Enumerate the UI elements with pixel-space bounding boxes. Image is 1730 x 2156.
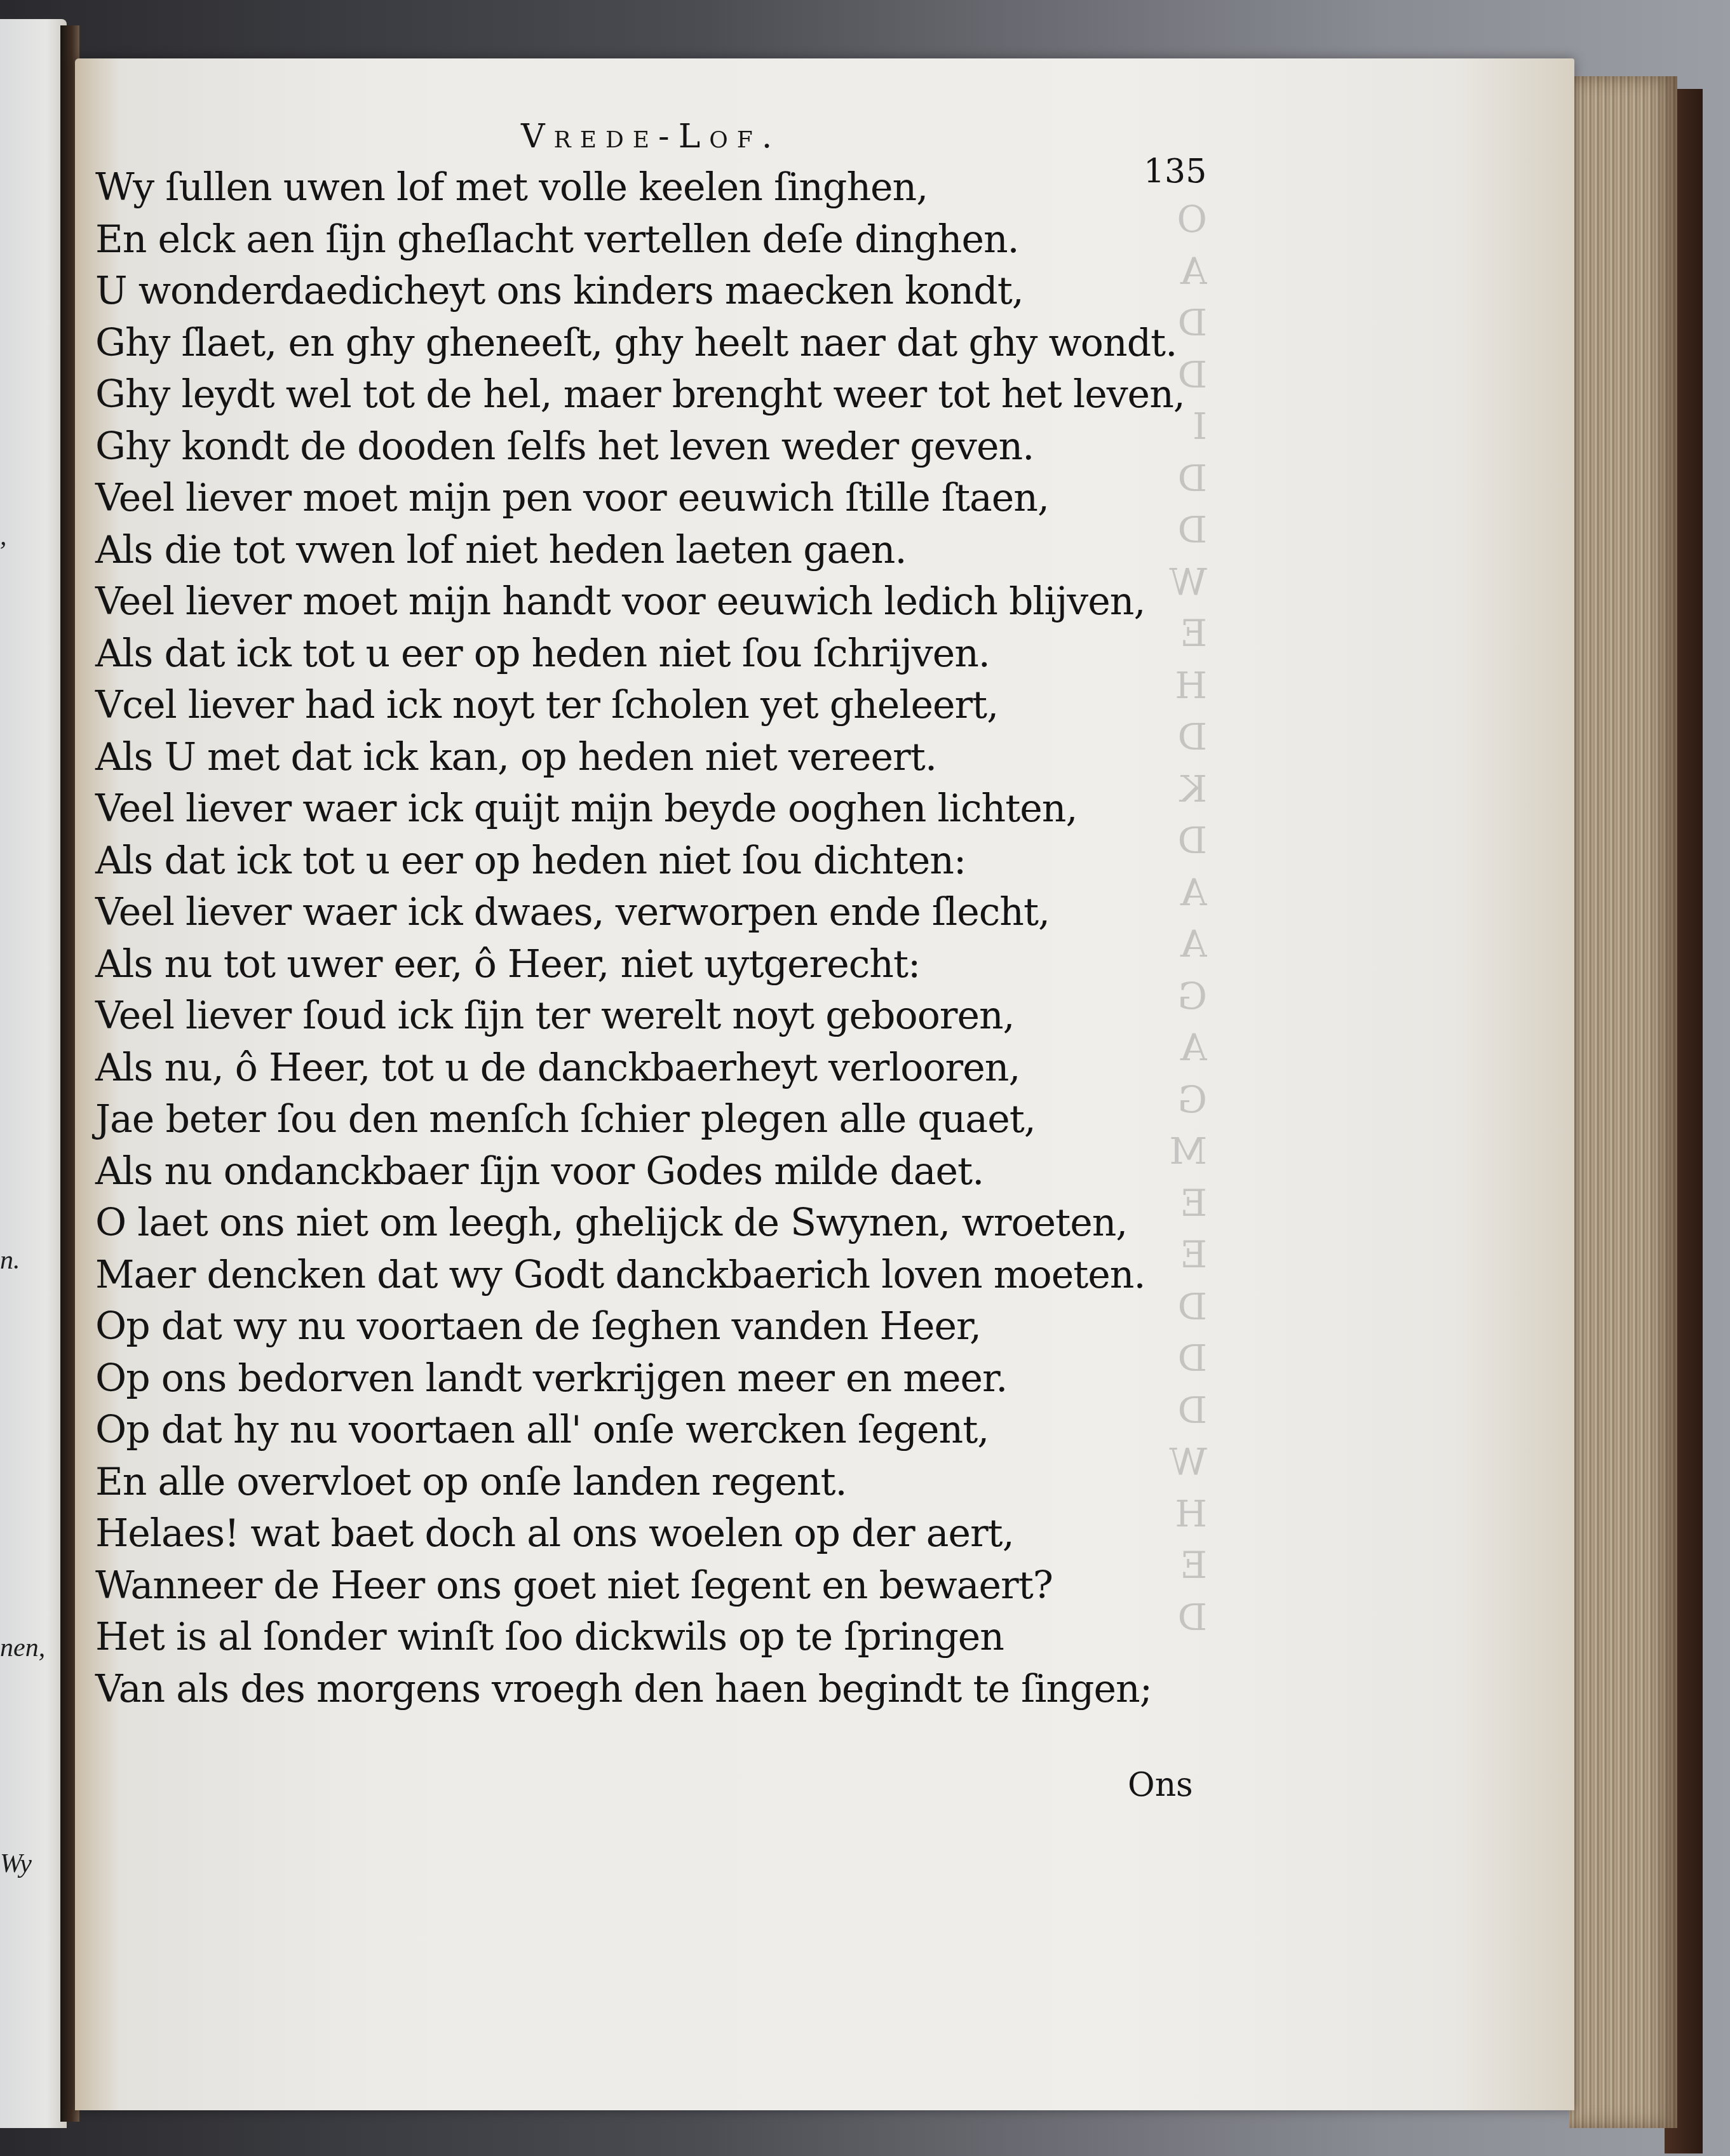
verse-line: Veel liever waer ick quijt mijn beyde oo… <box>95 783 1302 835</box>
verse-line: Als dat ick tot u eer op heden niet ſou … <box>95 835 1302 887</box>
verse-line: Veel liever ſoud ick ſijn ter werelt noy… <box>95 990 1302 1042</box>
verse-line: Wy ſullen uwen lof met volle keelen ſing… <box>95 162 1302 214</box>
left-page-fragment: nen, <box>0 1633 45 1663</box>
verse-line: Op dat wy nu voortaen de ſeghen vanden H… <box>95 1301 1302 1353</box>
verse-line: Als nu tot uwer eer, ô Heer, niet uytger… <box>95 939 1302 991</box>
verse-line: Veel liever moet mijn pen voor eeuwich ſ… <box>95 473 1302 525</box>
verse-line: Wanneer de Heer ons goet niet ſegent en … <box>95 1560 1302 1612</box>
verse-line: Ghy kondt de dooden ſelfs het leven wede… <box>95 421 1302 473</box>
verse-line: Helaes! wat baet doch al ons woelen op d… <box>95 1508 1302 1560</box>
verse-line: O laet ons niet om leegh, ghelijck de Sw… <box>95 1197 1302 1250</box>
verse-line: Veel liever moet mijn handt voor eeuwich… <box>95 576 1302 628</box>
verse-line: Vcel liever had ick noyt ter ſcholen yet… <box>95 680 1302 732</box>
left-page-fragment: , <box>0 521 7 551</box>
page-block-edge <box>1569 76 1677 2128</box>
verse-line: Als nu ondanckbaer ſijn voor Godes milde… <box>95 1146 1302 1198</box>
verse-line: En alle overvloet op onſe landen regent. <box>95 1457 1302 1509</box>
left-page-fragment: Wy <box>0 1849 32 1879</box>
verse-line: Op dat hy nu voortaen all' onſe wercken … <box>95 1405 1302 1457</box>
verse-text: Wy ſullen uwen lof met volle keelen ſing… <box>95 162 1302 1715</box>
verse-line: Als dat ick tot u eer op heden niet ſou … <box>95 628 1302 680</box>
verse-line: Veel liever waer ick dwaes, verworpen en… <box>95 887 1302 939</box>
running-head: Vrede-Lof. <box>521 118 781 156</box>
verse-line: Van als des morgens vroegh den haen begi… <box>95 1664 1302 1716</box>
left-page-fragment: n. <box>0 1245 20 1276</box>
verse-line: Ghy ſlaet, en ghy gheneeſt, ghy heelt na… <box>95 318 1302 370</box>
catchword: Ons <box>1128 1766 1193 1804</box>
verse-line: Als die tot vwen lof niet heden laeten g… <box>95 525 1302 577</box>
verse-line: Als nu, ô Heer, tot u de danckbaerheyt v… <box>95 1042 1302 1095</box>
verse-line: Als U met dat ick kan, op heden niet ver… <box>95 732 1302 784</box>
verse-line: Ghy leydt wel tot de hel, maer brenght w… <box>95 369 1302 421</box>
verse-line: Op ons bedorven landt verkrijgen meer en… <box>95 1353 1302 1405</box>
verse-line: En elck aen ſijn gheſlacht vertellen deſ… <box>95 214 1302 266</box>
verse-line: Jae beter ſou den menſch ſchier plegen a… <box>95 1094 1302 1146</box>
verse-line: Maer dencken dat wy Godt danckbaerich lo… <box>95 1250 1302 1302</box>
verse-line: Het is al ſonder winſt ſoo dickwils op t… <box>95 1612 1302 1664</box>
verse-line: U wonderdaedicheyt ons kinders maecken k… <box>95 266 1302 318</box>
left-page: , n. nen, Wy <box>0 19 67 2128</box>
